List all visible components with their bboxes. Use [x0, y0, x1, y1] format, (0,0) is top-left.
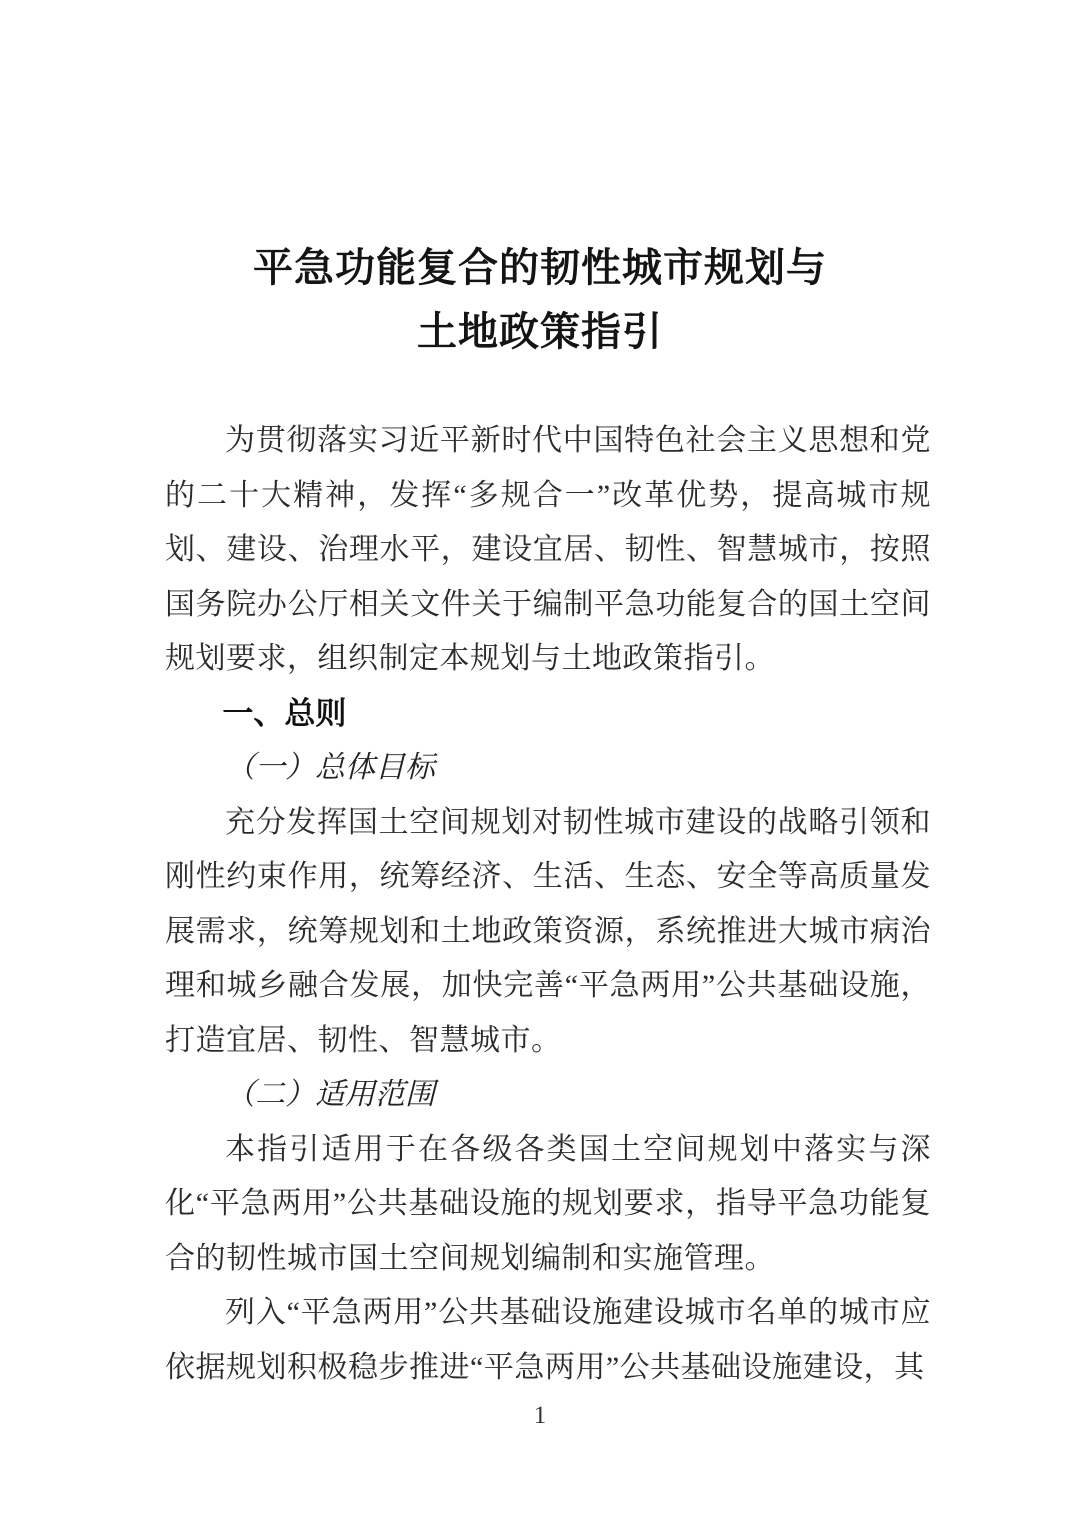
- document-title-line-2: 土地政策指引: [0, 300, 1080, 364]
- section-heading: 一、总则: [165, 687, 931, 742]
- body-paragraph: 列入“平急两用”公共基础设施建设城市名单的城市应依据规划积极稳步推进“平急两用”…: [165, 1286, 931, 1395]
- body-paragraph: 充分发挥国土空间规划对韧性城市建设的战略引领和刚性约束作用，统筹经济、生活、生态…: [165, 796, 931, 1069]
- document-body: 为贯彻落实习近平新时代中国特色社会主义思想和党的二十大精神，发挥“多规合一”改革…: [165, 414, 931, 1395]
- subsection-heading: （二）适用范围: [165, 1068, 931, 1123]
- document-title-line-1: 平急功能复合的韧性城市规划与: [0, 236, 1080, 300]
- page-number: 1: [0, 1402, 1080, 1430]
- body-paragraph: 本指引适用于在各级各类国土空间规划中落实与深化“平急两用”公共基础设施的规划要求…: [165, 1123, 931, 1287]
- body-paragraph: 为贯彻落实习近平新时代中国特色社会主义思想和党的二十大精神，发挥“多规合一”改革…: [165, 414, 931, 687]
- document-title: 平急功能复合的韧性城市规划与 土地政策指引: [0, 0, 1080, 364]
- subsection-heading: （一）总体目标: [165, 741, 931, 796]
- document-page: 平急功能复合的韧性城市规划与 土地政策指引 为贯彻落实习近平新时代中国特色社会主…: [0, 0, 1080, 1527]
